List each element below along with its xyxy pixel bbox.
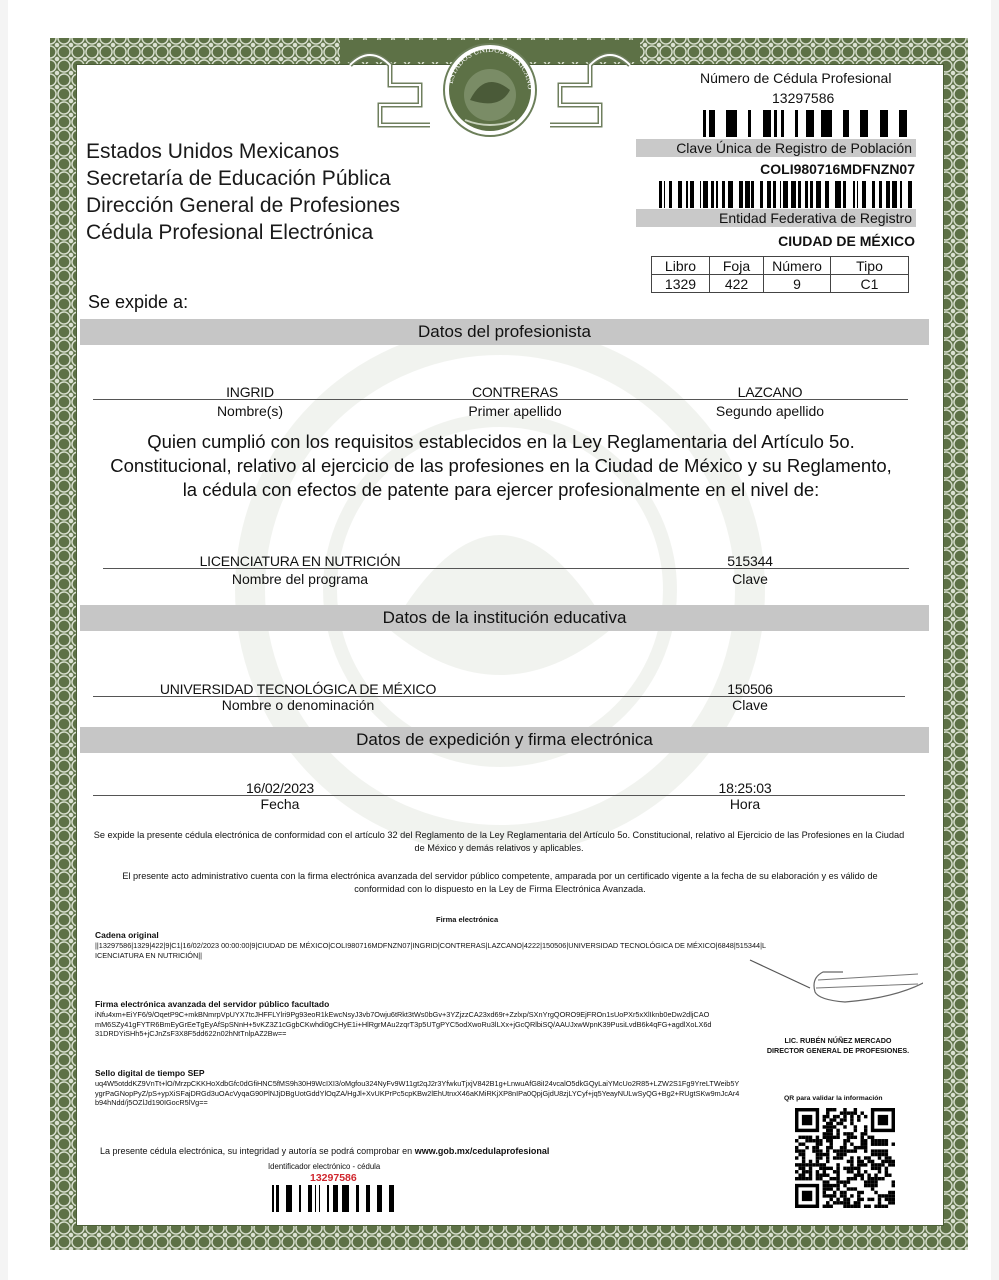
divider: [93, 399, 908, 400]
coat-of-arms-seal-icon: ESTADOS UNIDOS MEXICANOS: [340, 40, 640, 140]
cedula-barcode: [699, 110, 915, 137]
cedula-label: Número de Cédula Profesional: [700, 70, 891, 86]
statement-line: Constitucional, relativo al ejercicio de…: [76, 454, 926, 478]
header-line: Cédula Profesional Electrónica: [86, 219, 400, 246]
identificador-value: 13297586: [310, 1172, 357, 1184]
hora-label: Hora: [645, 796, 845, 812]
header-numero: Número: [764, 257, 831, 275]
cedula-number: 13297586: [772, 90, 834, 106]
section-institucion: Datos de la institución educativa: [80, 605, 929, 631]
header-line: Secretaría de Educación Pública: [86, 165, 400, 192]
header-tipo: Tipo: [831, 257, 909, 275]
signer-title: DIRECTOR GENERAL DE PROFESIONES.: [748, 1046, 928, 1056]
cadena-original: ||13297586|1329|422|9|C1|16/02/2023 00:0…: [95, 941, 767, 960]
institucion-value: UNIVERSIDAD TECNOLÓGICA DE MÉXICO: [118, 681, 478, 697]
curp-value: COLI980716MDFNZN07: [760, 161, 915, 177]
sello-digital: uq4W5otddKZ9VnTt+lO/MrzpCKKHoXdbGfc0dGfi…: [95, 1079, 740, 1108]
value-numero: 9: [764, 275, 831, 293]
institucion-label: Nombre o denominación: [118, 697, 478, 713]
cadena-label: Cadena original: [95, 930, 159, 940]
statement-line: Quien cumplió con los requisitos estable…: [76, 430, 926, 454]
sello-label: Sello digital de tiempo SEP: [95, 1068, 205, 1078]
programa-clave-label: Clave: [680, 571, 820, 587]
table-row: 1329 422 9 C1: [652, 275, 909, 293]
legal-paragraph-1: Se expide la presente cédula electrónica…: [93, 829, 905, 855]
firma-title: Firma electrónica: [436, 915, 498, 924]
header-line: Dirección General de Profesiones: [86, 192, 400, 219]
signer-name: LIC. RUBÉN NÚÑEZ MERCADO: [748, 1036, 928, 1046]
identificador-label: Identificador electrónico - cédula: [268, 1162, 380, 1171]
programa-value: LICENCIATURA EN NUTRICIÓN: [150, 553, 450, 569]
statement-line: la cédula con efectos de patente para ej…: [76, 478, 926, 502]
firma-label: Firma electrónica avanzada del servidor …: [95, 999, 329, 1009]
qr-code-icon[interactable]: [795, 1108, 895, 1208]
fecha-value: 16/02/2023: [180, 780, 380, 796]
programa-label: Nombre del programa: [150, 571, 450, 587]
nombre-label: Nombre(s): [150, 403, 350, 419]
handwritten-signature-icon: [748, 950, 923, 1005]
divider: [103, 568, 909, 569]
header-foja: Foja: [710, 257, 764, 275]
institucion-clave-value: 150506: [680, 681, 820, 697]
programa-clave-value: 515344: [680, 553, 820, 569]
registro-table: Libro Foja Número Tipo 1329 422 9 C1: [651, 256, 909, 293]
statement-text: Quien cumplió con los requisitos estable…: [76, 430, 926, 502]
signer-block: LIC. RUBÉN NÚÑEZ MERCADO DIRECTOR GENERA…: [748, 1036, 928, 1056]
primer-apellido-label: Primer apellido: [415, 403, 615, 419]
value-tipo: C1: [831, 275, 909, 293]
section-profesionista: Datos del profesionista: [80, 319, 929, 345]
primer-apellido-value: CONTRERAS: [415, 384, 615, 400]
section-expedicion: Datos de expedición y firma electrónica: [80, 727, 929, 753]
segundo-apellido-value: LAZCANO: [670, 384, 870, 400]
nombre-value: INGRID: [150, 384, 350, 400]
value-foja: 422: [710, 275, 764, 293]
segundo-apellido-label: Segundo apellido: [670, 403, 870, 419]
entidad-value: CIUDAD DE MÉXICO: [778, 233, 915, 249]
curp-label: Clave Única de Registro de Población: [636, 139, 916, 157]
curp-barcode: [659, 181, 916, 208]
value-libro: 1329: [652, 275, 710, 293]
table-header-row: Libro Foja Número Tipo: [652, 257, 909, 275]
header-libro: Libro: [652, 257, 710, 275]
identificador-barcode: [270, 1185, 398, 1212]
entidad-label: Entidad Federativa de Registro: [636, 209, 916, 227]
hora-value: 18:25:03: [645, 780, 845, 796]
verify-prefix: La presente cédula electrónica, su integ…: [100, 1146, 415, 1156]
qr-label: QR para validar la información: [784, 1095, 883, 1102]
legal-paragraph-2: El presente acto administrativo cuenta c…: [105, 870, 895, 896]
fecha-label: Fecha: [180, 796, 380, 812]
firma-avanzada: iNfu4xm+EiYF6/9/OqetP9C+mkBNmrpVpUYX7tcJ…: [95, 1010, 715, 1039]
issuer-header: Estados Unidos Mexicanos Secretaría de E…: [86, 138, 400, 246]
verify-text: La presente cédula electrónica, su integ…: [100, 1146, 549, 1156]
se-expide-label: Se expide a:: [88, 292, 188, 313]
verify-link[interactable]: www.gob.mx/cedulaprofesional: [415, 1146, 550, 1156]
institucion-clave-label: Clave: [680, 697, 820, 713]
header-line: Estados Unidos Mexicanos: [86, 138, 400, 165]
